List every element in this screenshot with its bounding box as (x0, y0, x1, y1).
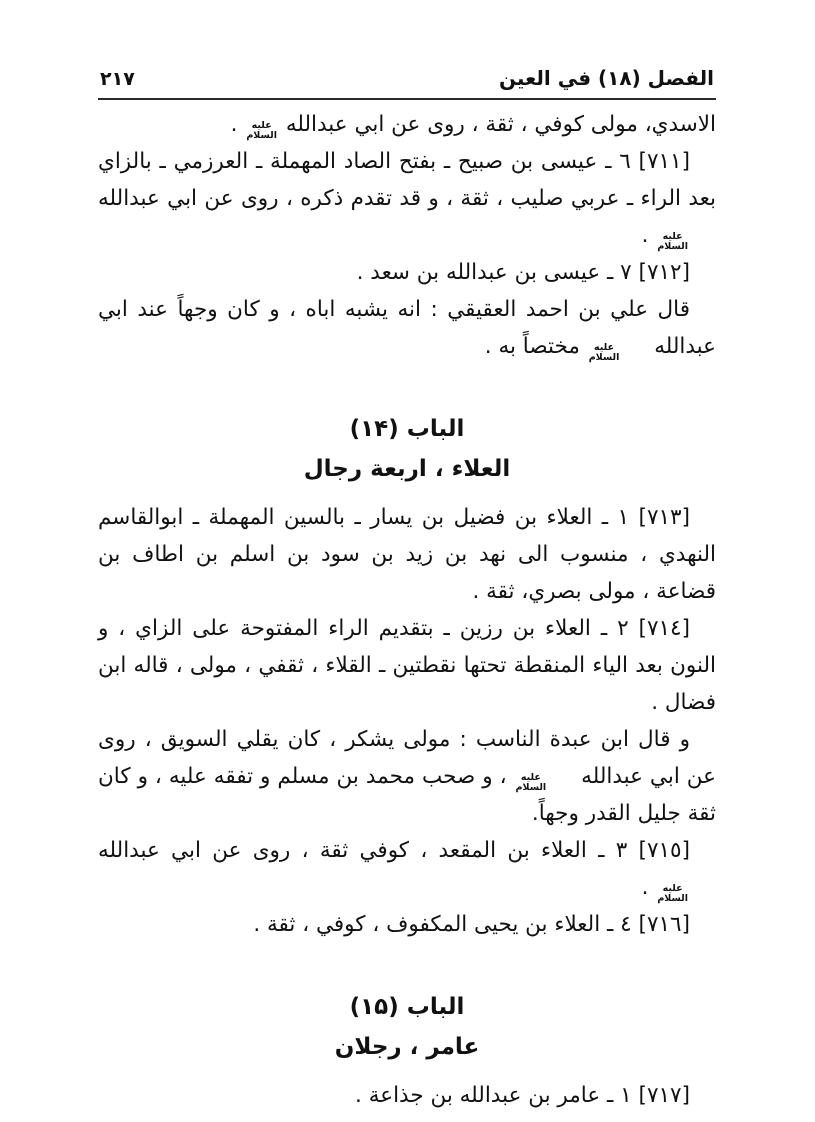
alayhi-assalam-honorific-glyph: عليهالسلام (589, 343, 646, 364)
entry-paragraph: [٧١٧] ١ ـ عامر بن عبدالله بن جذاعة . (98, 1077, 716, 1114)
chapter-heading: الباب (۱۴) (98, 409, 716, 449)
entry-paragraph: [٧١٣] ١ ـ العلاء بن فضيل بن يسار ـ بالسي… (98, 499, 716, 610)
entry-paragraph: [٧١١] ٦ ـ عيسى بن صبيح ـ بفتح الصاد المه… (98, 143, 716, 254)
alayhi-assalam-honorific-glyph: عليهالسلام (246, 121, 277, 142)
chapter-heading: الباب (۱۵) (98, 987, 716, 1027)
entry-paragraph: [٧١٤] ٢ ـ العلاء بن رزين ـ بتقديم الراء … (98, 610, 716, 721)
chapter-heading-block: الباب (۱۵)عامر ، رجلان (98, 987, 716, 1067)
page-content: الفصل (١٨) في العين ٢١٧ الاسدي، مولى كوف… (98, 66, 716, 1114)
running-header-title: الفصل (١٨) في العين (499, 66, 714, 90)
page-body: الاسدي، مولى كوفي ، ثقة ، روى عن ابي عبد… (98, 106, 716, 1114)
entry-paragraph: [٧١٦] ٤ ـ العلاء بن يحيى المكفوف ، كوفي … (98, 906, 716, 943)
header-rule (98, 98, 716, 100)
page-number: ٢١٧ (100, 68, 135, 90)
alayhi-assalam-honorific-glyph: عليهالسلام (516, 773, 573, 794)
entry-paragraph: [٧١٢] ٧ ـ عيسى بن عبدالله بن سعد . (98, 254, 716, 291)
entry-paragraph: الاسدي، مولى كوفي ، ثقة ، روى عن ابي عبد… (98, 106, 716, 143)
chapter-subtitle: عامر ، رجلان (98, 1027, 716, 1067)
alayhi-assalam-honorific-glyph: عليهالسلام (657, 884, 714, 905)
entry-paragraph: [٧١٥] ٣ ـ العلاء بن المقعد ، كوفي ثقة ، … (98, 832, 716, 906)
page-header: الفصل (١٨) في العين ٢١٧ (98, 66, 716, 98)
chapter-heading-block: الباب (۱۴)العلاء ، اربعة رجال (98, 409, 716, 489)
entry-paragraph: و قال ابن عبدة الناسب : مولى يشكر ، كان … (98, 721, 716, 832)
book-page: الفصل (١٨) في العين ٢١٧ الاسدي، مولى كوف… (0, 0, 815, 1122)
entry-paragraph: قال علي بن احمد العقيقي : انه يشبه اباه … (98, 291, 716, 365)
alayhi-assalam-honorific-glyph: عليهالسلام (657, 232, 714, 253)
chapter-subtitle: العلاء ، اربعة رجال (98, 449, 716, 489)
